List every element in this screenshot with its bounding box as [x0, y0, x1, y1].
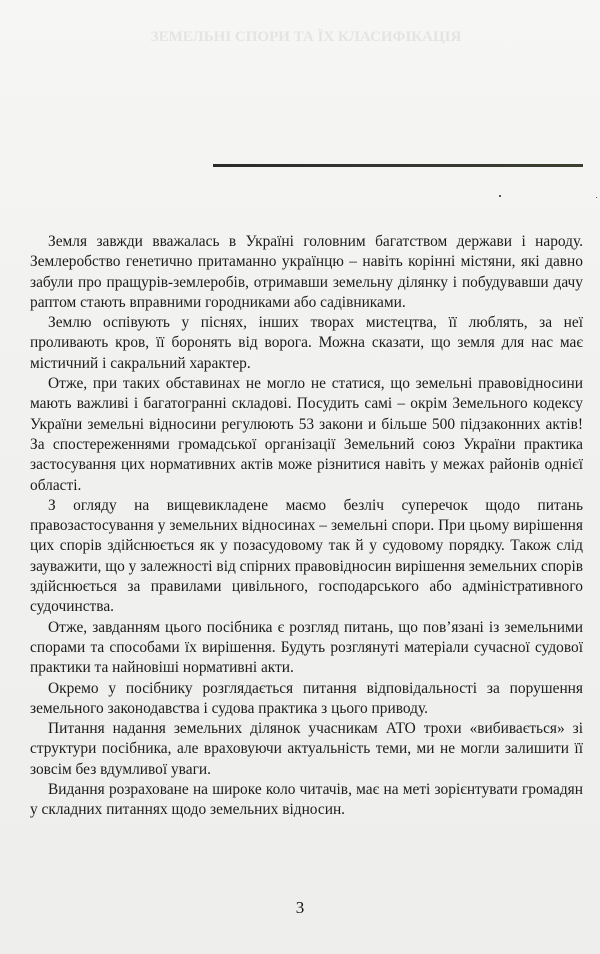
paragraph: Землю оспівують у піснях, інших творах м… — [30, 313, 583, 374]
document-page: ЗЕМЕЛЬНІ СПОРИ ТА ЇХ КЛАСИФІКАЦІЯ Земля … — [0, 0, 600, 954]
scan-speck — [499, 195, 501, 197]
paragraph: Видання розраховане на широке коло читач… — [30, 780, 583, 821]
scan-speck — [596, 197, 597, 198]
paragraph: Питання надання земельних ділянок учасни… — [30, 719, 583, 780]
paragraph: Отже, при таких обставинах не могло не с… — [30, 374, 583, 496]
paragraph: Отже, завданням цього посібника є розгля… — [30, 618, 583, 679]
paragraph: З огляду на вищевикладене маємо безліч с… — [30, 496, 583, 618]
bleed-through-title: ЗЕМЕЛЬНІ СПОРИ ТА ЇХ КЛАСИФІКАЦІЯ — [30, 28, 582, 46]
header-rule — [213, 164, 583, 167]
page-number: 3 — [0, 898, 600, 918]
body-text: Земля завжди вважалась в Україні головни… — [30, 232, 583, 821]
paragraph: Земля завжди вважалась в Україні головни… — [30, 232, 583, 313]
paragraph: Окремо у посібнику розглядається питання… — [30, 679, 583, 720]
